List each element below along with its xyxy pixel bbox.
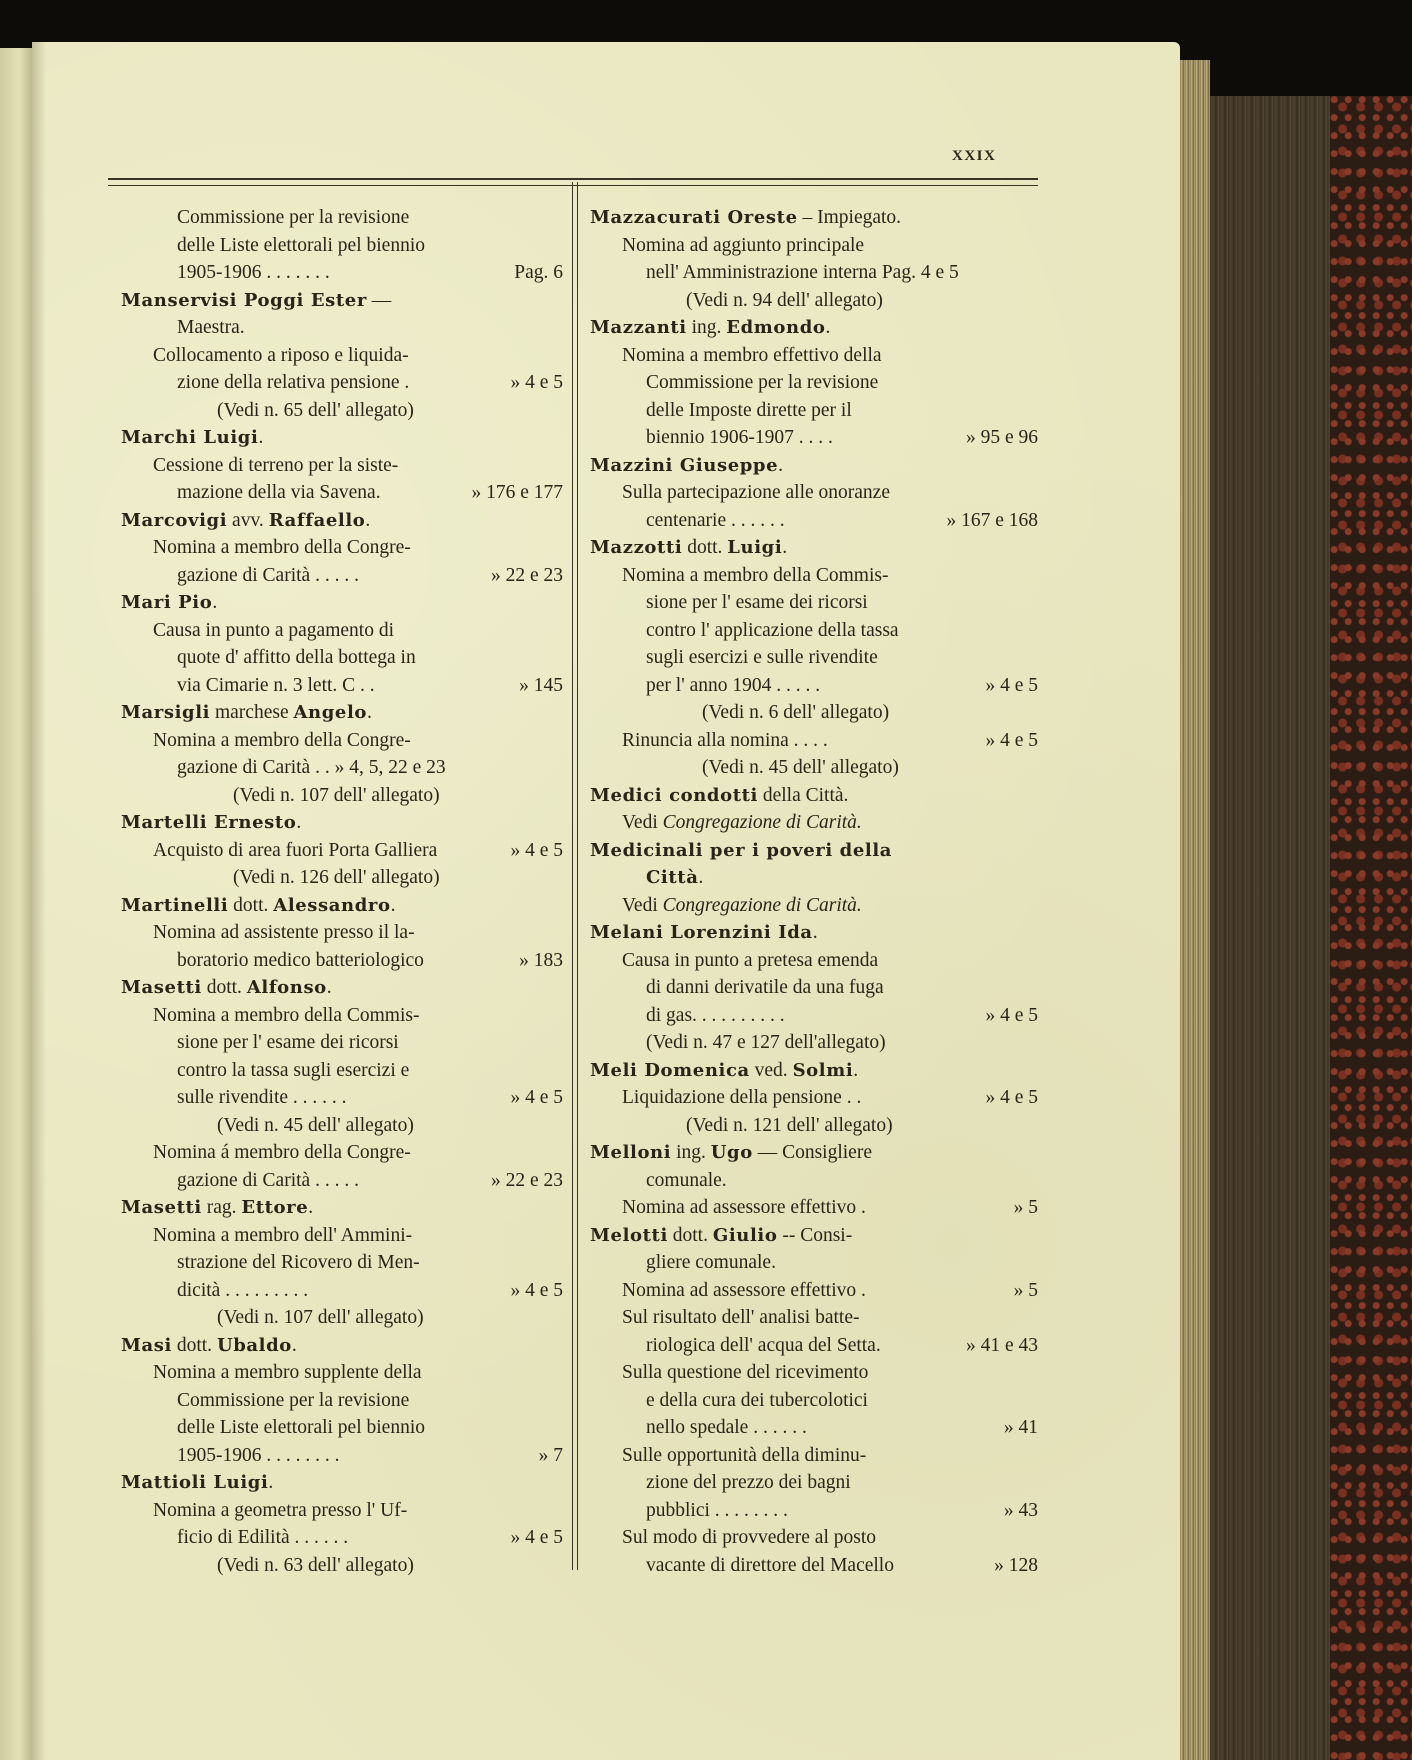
text-fragment: quote d' affitto della bottega in: [177, 647, 416, 668]
text-fragment: .: [258, 427, 263, 448]
text-fragment: .: [292, 1335, 297, 1356]
index-entry-line: Nomina ad assistente presso il la-: [121, 919, 563, 947]
index-entry-line: sulle rivendite . . . . . .» 4 e 5: [121, 1084, 563, 1112]
page-reference: » 5: [1014, 1194, 1038, 1222]
text-fragment: Sulla questione del ricevimento: [622, 1362, 868, 1383]
index-entry-line: Sulle opportunità della diminu-: [590, 1442, 1038, 1470]
text-fragment: Rinuncia alla nomina . . . .: [622, 730, 828, 751]
headword: Alessandro: [273, 895, 390, 916]
page-reference: » 95 e 96: [966, 424, 1038, 452]
index-entry-line: centenarie . . . . . .» 167 e 168: [590, 507, 1038, 535]
text-fragment: .: [782, 537, 787, 558]
text-fragment: dott.: [668, 1225, 713, 1246]
index-entry-line: Commissione per la revisione: [121, 204, 563, 232]
text-fragment: 1905-1906 . . . . . . . .: [177, 1445, 340, 1466]
text-fragment: — Consigliere: [753, 1142, 872, 1163]
line-text: di gas. . . . . . . . . .: [646, 1002, 785, 1030]
headword: Manservisi Poggi Ester: [121, 290, 367, 311]
text-fragment: (Vedi n. 45 dell' allegato): [702, 757, 899, 778]
text-fragment: dott.: [202, 977, 247, 998]
line-text: Manservisi Poggi Ester —: [121, 287, 391, 315]
line-text: delle Liste elettorali pel biennio: [177, 1414, 425, 1442]
text-fragment: ficio di Edilità . . . . . .: [177, 1527, 348, 1548]
headword: Marsigli: [121, 702, 210, 723]
index-entry-line: Nomina ad aggiunto principale: [590, 232, 1038, 260]
index-entry-line: Città.: [590, 864, 1038, 892]
text-fragment: (Vedi n. 45 dell' allegato): [217, 1115, 414, 1136]
text-fragment: dott.: [228, 895, 273, 916]
index-entry-line: (Vedi n. 94 dell' allegato): [590, 287, 1038, 315]
text-fragment: .: [212, 592, 217, 613]
line-text: sugli esercizi e sulle rivendite: [646, 644, 878, 672]
line-text: per l' anno 1904 . . . . .: [646, 672, 820, 700]
page-reference: » 4 e 5: [985, 1002, 1038, 1030]
line-text: Collocamento a riposo e liquida-: [153, 342, 409, 370]
text-fragment: Commissione per la revisione: [177, 207, 409, 228]
index-entry-line: Sulla partecipazione alle onoranze: [590, 479, 1038, 507]
text-fragment: zione del prezzo dei bagni: [646, 1472, 851, 1493]
index-entry-line: sione per l' esame dei ricorsi: [590, 589, 1038, 617]
line-text: Sulla partecipazione alle onoranze: [622, 479, 890, 507]
text-fragment: (Vedi n. 65 dell' allegato): [217, 400, 414, 421]
text-fragment: rag.: [202, 1197, 242, 1218]
text-fragment: delle Liste elettorali pel biennio: [177, 1417, 425, 1438]
line-text: gliere comunale.: [646, 1249, 776, 1277]
text-fragment: .: [813, 922, 818, 943]
text-fragment: (Vedi n. 107 dell' allegato): [217, 1307, 424, 1328]
text-fragment: .: [296, 812, 301, 833]
headword: Mazzini Giuseppe: [590, 455, 778, 476]
index-entry-line: Nomina a membro della Commis-: [590, 562, 1038, 590]
line-text: e della cura dei tubercolotici: [646, 1387, 868, 1415]
headword: Luigi: [727, 537, 782, 558]
text-fragment: mazione della via Savena.: [177, 482, 381, 503]
text-fragment: delle Liste elettorali pel biennio: [177, 235, 425, 256]
line-text: contro la tassa sugli esercizi e: [177, 1057, 409, 1085]
index-entry-line: contro la tassa sugli esercizi e: [121, 1057, 563, 1085]
line-text: Acquisto di area fuori Porta Galliera: [153, 837, 437, 865]
index-entry-line: gazione di Carità . . » 4, 5, 22 e 23: [121, 754, 563, 782]
text-fragment: (Vedi n. 47 e 127 dell'allegato): [646, 1032, 886, 1053]
line-text: Nomina a membro dell' Ammini-: [153, 1222, 412, 1250]
index-entry-line: Causa in punto a pretesa emenda: [590, 947, 1038, 975]
text-fragment: zione della relativa pensione .: [177, 372, 409, 393]
line-text: Masi dott. Ubaldo.: [121, 1332, 297, 1360]
line-text: Nomina a geometra presso l' Uf-: [153, 1497, 407, 1525]
text-fragment: via Cimarie n. 3 lett. C . .: [177, 675, 375, 696]
text-fragment: avv.: [227, 510, 269, 531]
text-fragment: Nomina ad aggiunto principale: [622, 235, 864, 256]
headword: Melani Lorenzini Ida: [590, 922, 813, 943]
index-entry-line: per l' anno 1904 . . . . .» 4 e 5: [590, 672, 1038, 700]
line-text: Commissione per la revisione: [646, 369, 878, 397]
headword: Meli Domenica: [590, 1060, 750, 1081]
index-column-right: Mazzacurati Oreste – Impiegato.Nomina ad…: [590, 204, 1038, 1579]
index-entry-line: delle Imposte dirette per il: [590, 397, 1038, 425]
text-fragment: e della cura dei tubercolotici: [646, 1390, 868, 1411]
text-fragment: Nomina ad assessore effettivo .: [622, 1197, 866, 1218]
index-entry-line: Nomina a membro della Commis-: [121, 1002, 563, 1030]
headword: Mari Pio: [121, 592, 212, 613]
line-text: Vedi Congregazione di Carità.: [622, 892, 862, 920]
index-entry-line: nell' Amministrazione interna Pag. 4 e 5: [590, 259, 1038, 287]
line-text: Nomina a membro della Congre-: [153, 727, 411, 755]
index-entry-line: (Vedi n. 47 e 127 dell'allegato): [590, 1029, 1038, 1057]
text-fragment: Nomina ad assessore effettivo .: [622, 1280, 866, 1301]
line-text: Meli Domenica ved. Solmi.: [590, 1057, 858, 1085]
index-entry-heading: Martelli Ernesto.: [121, 809, 563, 837]
line-text: sulle rivendite . . . . . .: [177, 1084, 347, 1112]
index-entry-line: dicità . . . . . . . . .» 4 e 5: [121, 1277, 563, 1305]
index-entry-line: Sul modo di provvedere al posto: [590, 1524, 1038, 1552]
line-text: quote d' affitto della bottega in: [177, 644, 416, 672]
index-entry-line: gliere comunale.: [590, 1249, 1038, 1277]
line-text: Martinelli dott. Alessandro.: [121, 892, 395, 920]
index-entry-heading: Marcovigi avv. Raffaello.: [121, 507, 563, 535]
text-fragment: dott.: [682, 537, 727, 558]
index-entry-line: Acquisto di area fuori Porta Galliera» 4…: [121, 837, 563, 865]
book-cover-edge: [1330, 96, 1412, 1760]
headword: Edmondo: [726, 317, 825, 338]
line-text: delle Imposte dirette per il: [646, 397, 852, 425]
text-fragment: – Impiegato.: [798, 207, 901, 228]
text-fragment: Vedi: [622, 812, 663, 833]
line-text: Nomina ad assessore effettivo .: [622, 1277, 866, 1305]
line-text: Nomina á membro della Congre-: [153, 1139, 411, 1167]
text-fragment: Nomina ad assistente presso il la-: [153, 922, 415, 943]
index-entry-line: ficio di Edilità . . . . . .» 4 e 5: [121, 1524, 563, 1552]
text-fragment: .: [826, 317, 831, 338]
index-entry-line: (Vedi n. 65 dell' allegato): [121, 397, 563, 425]
line-text: sione per l' esame dei ricorsi: [177, 1029, 399, 1057]
headword: Medici condotti: [590, 785, 758, 806]
line-text: delle Liste elettorali pel biennio: [177, 232, 425, 260]
line-text: Rinuncia alla nomina . . . .: [622, 727, 828, 755]
line-text: Sulla questione del ricevimento: [622, 1359, 868, 1387]
text-fragment: (Vedi n. 63 dell' allegato): [217, 1555, 414, 1576]
text-fragment: Sul risultato dell' analisi batte-: [622, 1307, 859, 1328]
text-fragment: Nomina a membro effettivo della: [622, 345, 882, 366]
text-fragment: sione per l' esame dei ricorsi: [177, 1032, 399, 1053]
page-reference: » 7: [539, 1442, 563, 1470]
page-reference: » 5: [1014, 1277, 1038, 1305]
line-text: strazione del Ricovero di Men-: [177, 1249, 420, 1277]
index-entry-heading: Meli Domenica ved. Solmi.: [590, 1057, 1038, 1085]
index-entry-heading: Medicinali per i poveri della: [590, 837, 1038, 865]
line-text: Nomina ad aggiunto principale: [622, 232, 864, 260]
text-fragment: .: [365, 510, 370, 531]
text-fragment: Maestra.: [177, 317, 245, 338]
text-fragment: .: [327, 977, 332, 998]
index-entry-line: zione della relativa pensione .» 4 e 5: [121, 369, 563, 397]
index-entry-line: (Vedi n. 6 dell' allegato): [590, 699, 1038, 727]
index-entry-line: pubblici . . . . . . . .» 43: [590, 1497, 1038, 1525]
text-fragment: nell' Amministrazione interna Pag. 4 e 5: [646, 262, 959, 283]
index-entry-line: e della cura dei tubercolotici: [590, 1387, 1038, 1415]
text-fragment: sione per l' esame dei ricorsi: [646, 592, 868, 613]
index-entry-heading: Mazzotti dott. Luigi.: [590, 534, 1038, 562]
line-text: Causa in punto a pretesa emenda: [622, 947, 878, 975]
text-fragment: Nomina á membro della Congre-: [153, 1142, 411, 1163]
index-entry-heading: Medici condotti della Città.: [590, 782, 1038, 810]
text-fragment: .: [698, 867, 703, 888]
index-entry-line: riologica dell' acqua del Setta.» 41 e 4…: [590, 1332, 1038, 1360]
headword: Mazzanti: [590, 317, 687, 338]
page-reference: » 4 e 5: [510, 369, 563, 397]
index-entry-line: Rinuncia alla nomina . . . .» 4 e 5: [590, 727, 1038, 755]
page-reference: » 41: [1004, 1414, 1038, 1442]
page-reference: » 4 e 5: [985, 727, 1038, 755]
line-text: Mazzanti ing. Edmondo.: [590, 314, 830, 342]
headword: Ettore: [241, 1197, 308, 1218]
text-fragment: Nomina a membro dell' Ammini-: [153, 1225, 412, 1246]
text-fragment: (Vedi n. 126 dell' allegato): [233, 867, 440, 888]
text-fragment: 1905-1906 . . . . . . .: [177, 262, 330, 283]
line-text: pubblici . . . . . . . .: [646, 1497, 788, 1525]
text-fragment: .: [268, 1472, 273, 1493]
text-fragment: Cessione di terreno per la siste-: [153, 455, 398, 476]
text-fragment: nello spedale . . . . . .: [646, 1417, 807, 1438]
text-fragment: gazione di Carità . . . . .: [177, 565, 359, 586]
line-text: contro l' applicazione della tassa: [646, 617, 899, 645]
line-text: gazione di Carità . . . . .: [177, 1167, 359, 1195]
line-text: Sulle opportunità della diminu-: [622, 1442, 866, 1470]
page-reference: » 4 e 5: [510, 1277, 563, 1305]
line-text: Causa in punto a pagamento di: [153, 617, 394, 645]
headword: Ugo: [711, 1142, 753, 1163]
line-text: Nomina a membro della Commis-: [622, 562, 888, 590]
gutter-shadow: [32, 42, 46, 1760]
text-fragment: Nomina a membro supplente della: [153, 1362, 422, 1383]
index-entry-heading: Melotti dott. Giulio -- Consi-: [590, 1222, 1038, 1250]
line-text: (Vedi n. 45 dell' allegato): [217, 1112, 414, 1140]
index-entry-heading: Mazzacurati Oreste – Impiegato.: [590, 204, 1038, 232]
text-fragment: Nomina a membro della Congre-: [153, 537, 411, 558]
index-entry-line: Liquidazione della pensione . .» 4 e 5: [590, 1084, 1038, 1112]
index-entry-heading: Martinelli dott. Alessandro.: [121, 892, 563, 920]
text-fragment: Commissione per la revisione: [646, 372, 878, 393]
text-fragment: (Vedi n. 94 dell' allegato): [686, 290, 883, 311]
line-text: Mazzacurati Oreste – Impiegato.: [590, 204, 901, 232]
text-fragment: Sulla partecipazione alle onoranze: [622, 482, 890, 503]
line-text: Mari Pio.: [121, 589, 217, 617]
index-entry-heading: Mattioli Luigi.: [121, 1469, 563, 1497]
headword: Mazzotti: [590, 537, 682, 558]
text-fragment: .: [367, 702, 372, 723]
text-fragment: Sul modo di provvedere al posto: [622, 1527, 876, 1548]
line-text: Sul risultato dell' analisi batte-: [622, 1304, 859, 1332]
text-fragment: della Città.: [758, 785, 848, 806]
text-fragment: ved.: [750, 1060, 793, 1081]
headword: Mazzacurati Oreste: [590, 207, 798, 228]
index-entry-line: gazione di Carità . . . . .» 22 e 23: [121, 1167, 563, 1195]
text-fragment: Nomina a membro della Commis-: [153, 1005, 419, 1026]
line-text: comunale.: [646, 1167, 727, 1195]
headword: Solmi: [793, 1060, 854, 1081]
text-fragment: comunale.: [646, 1170, 727, 1191]
line-text: gazione di Carità . . » 4, 5, 22 e 23: [177, 754, 446, 782]
index-entry-line: Nomina a membro della Congre-: [121, 727, 563, 755]
page-reference: » 128: [994, 1552, 1038, 1580]
index-entry-line: Sulla questione del ricevimento: [590, 1359, 1038, 1387]
line-text: zione della relativa pensione .: [177, 369, 409, 397]
index-entry-heading: Mazzanti ing. Edmondo.: [590, 314, 1038, 342]
line-text: Nomina a membro supplente della: [153, 1359, 422, 1387]
line-text: Marcovigi avv. Raffaello.: [121, 507, 370, 535]
index-entry-heading: Manservisi Poggi Ester —: [121, 287, 563, 315]
index-entry-line: Nomina a geometra presso l' Uf-: [121, 1497, 563, 1525]
index-entry-line: Maestra.: [121, 314, 563, 342]
index-entry-heading: Marsigli marchese Angelo.: [121, 699, 563, 727]
text-fragment: sugli esercizi e sulle rivendite: [646, 647, 878, 668]
line-text: biennio 1906-1907 . . . .: [646, 424, 833, 452]
line-text: Commissione per la revisione: [177, 1387, 409, 1415]
text-fragment: Liquidazione della pensione . .: [622, 1087, 861, 1108]
page-reference: » 41 e 43: [966, 1332, 1038, 1360]
index-entry-line: 1905-1906 . . . . . . . .» 7: [121, 1442, 563, 1470]
page-reference: » 183: [519, 947, 563, 975]
text-fragment: vacante di direttore del Macello: [646, 1555, 894, 1576]
text-fragment: marchese: [210, 702, 293, 723]
headword: Masi: [121, 1335, 172, 1356]
index-entry-line: sione per l' esame dei ricorsi: [121, 1029, 563, 1057]
index-entry-line: contro l' applicazione della tassa: [590, 617, 1038, 645]
index-entry-heading: Melani Lorenzini Ida.: [590, 919, 1038, 947]
line-text: Mattioli Luigi.: [121, 1469, 273, 1497]
text-fragment: sulle rivendite . . . . . .: [177, 1087, 347, 1108]
line-text: dicità . . . . . . . . .: [177, 1277, 308, 1305]
line-text: zione del prezzo dei bagni: [646, 1469, 851, 1497]
index-entry-line: nello spedale . . . . . .» 41: [590, 1414, 1038, 1442]
headword: Melloni: [590, 1142, 671, 1163]
index-entry-line: Cessione di terreno per la siste-: [121, 452, 563, 480]
text-fragment: Nomina a membro della Congre-: [153, 730, 411, 751]
line-text: via Cimarie n. 3 lett. C . .: [177, 672, 375, 700]
index-entry-line: quote d' affitto della bottega in: [121, 644, 563, 672]
index-entry-heading: Marchi Luigi.: [121, 424, 563, 452]
text-fragment: dott.: [172, 1335, 217, 1356]
page-reference: » 176 e 177: [471, 479, 563, 507]
text-fragment: pubblici . . . . . . . .: [646, 1500, 788, 1521]
index-entry-line: (Vedi n. 107 dell' allegato): [121, 1304, 563, 1332]
index-entry-line: (Vedi n. 121 dell' allegato): [590, 1112, 1038, 1140]
page-reference: » 43: [1004, 1497, 1038, 1525]
text-fragment: dicità . . . . . . . . .: [177, 1280, 308, 1301]
index-entry-line: Vedi Congregazione di Carità.: [590, 809, 1038, 837]
index-entry-line: delle Liste elettorali pel biennio: [121, 232, 563, 260]
line-text: Medici condotti della Città.: [590, 782, 848, 810]
text-fragment: boratorio medico batteriologico: [177, 950, 424, 971]
line-text: Martelli Ernesto.: [121, 809, 301, 837]
page-reference: » 4 e 5: [510, 1524, 563, 1552]
headword: Angelo: [293, 702, 367, 723]
line-text: (Vedi n. 94 dell' allegato): [686, 287, 883, 315]
index-entry-line: Nomina a membro dell' Ammini-: [121, 1222, 563, 1250]
text-fragment: di gas. . . . . . . . . .: [646, 1005, 785, 1026]
page-reference: » 22 e 23: [491, 562, 563, 590]
line-text: Melani Lorenzini Ida.: [590, 919, 818, 947]
index-entry-line: Commissione per la revisione: [121, 1387, 563, 1415]
line-text: di danni derivatile da una fuga: [646, 974, 884, 1002]
headword: Città: [646, 867, 698, 888]
line-text: Cessione di terreno per la siste-: [153, 452, 398, 480]
line-text: Nomina ad assistente presso il la-: [153, 919, 415, 947]
page-stack-edges: [1180, 60, 1210, 1760]
index-entry-line: comunale.: [590, 1167, 1038, 1195]
text-fragment: Vedi: [622, 895, 663, 916]
line-text: (Vedi n. 63 dell' allegato): [217, 1552, 414, 1580]
headword: Giulio: [713, 1225, 778, 1246]
text-fragment: riologica dell' acqua del Setta.: [646, 1335, 881, 1356]
line-text: Melloni ing. Ugo — Consigliere: [590, 1139, 872, 1167]
index-entry-line: strazione del Ricovero di Men-: [121, 1249, 563, 1277]
line-text: Masetti rag. Ettore.: [121, 1194, 313, 1222]
facing-page-edge: [0, 48, 32, 1760]
cross-reference: Congregazione di Carità.: [663, 812, 862, 833]
headword: Marchi Luigi: [121, 427, 258, 448]
text-fragment: (Vedi n. 6 dell' allegato): [702, 702, 889, 723]
line-text: sione per l' esame dei ricorsi: [646, 589, 868, 617]
index-entry-line: zione del prezzo dei bagni: [590, 1469, 1038, 1497]
headword: Medicinali per i poveri della: [590, 840, 892, 861]
text-fragment: (Vedi n. 107 dell' allegato): [233, 785, 440, 806]
line-text: Nomina a membro effettivo della: [622, 342, 882, 370]
text-fragment: Nomina a geometra presso l' Uf-: [153, 1500, 407, 1521]
text-fragment: gliere comunale.: [646, 1252, 776, 1273]
line-text: Mazzini Giuseppe.: [590, 452, 783, 480]
line-text: 1905-1906 . . . . . . .: [177, 259, 330, 287]
line-text: Nomina a membro della Congre-: [153, 534, 411, 562]
text-fragment: gazione di Carità . . » 4, 5, 22 e 23: [177, 757, 446, 778]
index-entry-heading: Mari Pio.: [121, 589, 563, 617]
page-reference: Pag. 6: [514, 259, 563, 287]
index-entry-line: Nomina a membro della Congre-: [121, 534, 563, 562]
text-fragment: contro l' applicazione della tassa: [646, 620, 899, 641]
text-fragment: per l' anno 1904 . . . . .: [646, 675, 820, 696]
index-entry-line: via Cimarie n. 3 lett. C . .» 145: [121, 672, 563, 700]
line-text: Vedi Congregazione di Carità.: [622, 809, 862, 837]
index-entry-line: Collocamento a riposo e liquida-: [121, 342, 563, 370]
line-text: riologica dell' acqua del Setta.: [646, 1332, 881, 1360]
line-text: Melotti dott. Giulio -- Consi-: [590, 1222, 852, 1250]
text-fragment: .: [853, 1060, 858, 1081]
index-entry-line: sugli esercizi e sulle rivendite: [590, 644, 1038, 672]
text-fragment: ing.: [687, 317, 727, 338]
text-fragment: delle Imposte dirette per il: [646, 400, 852, 421]
page-reference: » 4 e 5: [510, 837, 563, 865]
line-text: Marchi Luigi.: [121, 424, 263, 452]
line-text: 1905-1906 . . . . . . . .: [177, 1442, 340, 1470]
index-entry-heading: Melloni ing. Ugo — Consigliere: [590, 1139, 1038, 1167]
text-fragment: contro la tassa sugli esercizi e: [177, 1060, 409, 1081]
line-text: Commissione per la revisione: [177, 204, 409, 232]
index-entry-line: Commissione per la revisione: [590, 369, 1038, 397]
index-entry-line: boratorio medico batteriologico» 183: [121, 947, 563, 975]
line-text: (Vedi n. 45 dell' allegato): [702, 754, 899, 782]
page-number: XXIX: [952, 148, 996, 165]
text-fragment: Nomina a membro della Commis-: [622, 565, 888, 586]
text-fragment: .: [308, 1197, 313, 1218]
headword: Masetti: [121, 1197, 202, 1218]
line-text: (Vedi n. 47 e 127 dell'allegato): [646, 1029, 886, 1057]
headword: Masetti: [121, 977, 202, 998]
line-text: Città.: [646, 864, 703, 892]
line-text: ficio di Edilità . . . . . .: [177, 1524, 348, 1552]
index-entry-line: vacante di direttore del Macello» 128: [590, 1552, 1038, 1580]
headword: Raffaello: [269, 510, 366, 531]
index-entry-line: Nomina á membro della Congre-: [121, 1139, 563, 1167]
headword: Alfonso: [247, 977, 327, 998]
